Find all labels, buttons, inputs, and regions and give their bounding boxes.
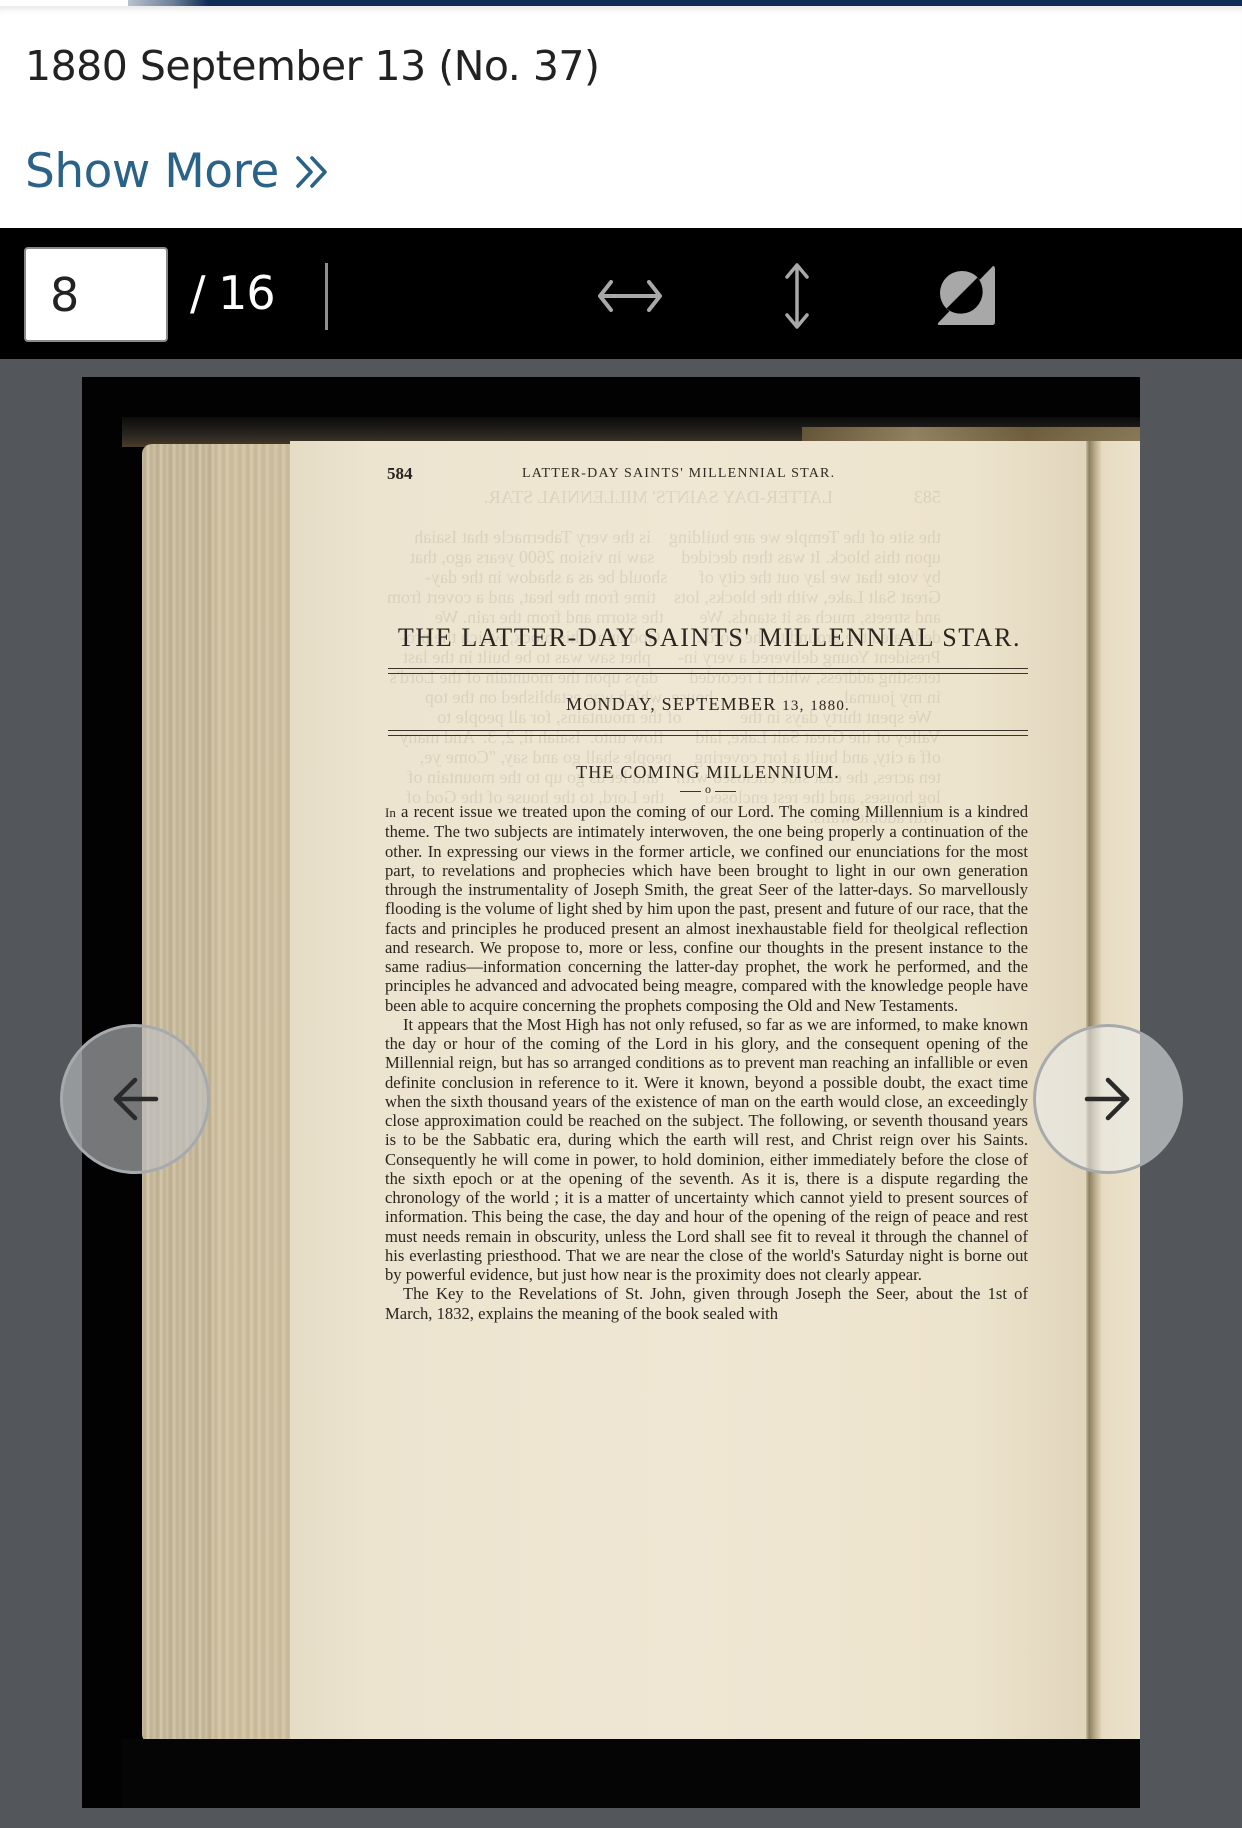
arrow-left-icon: [110, 1074, 160, 1124]
article-paragraph: It appears that the Most High has not on…: [385, 1015, 1028, 1285]
issue-header: 1880 September 13 (No. 37) Show More: [0, 6, 1242, 228]
ornament-glyph: o: [701, 782, 715, 796]
dateline-main: MONDAY, SEPTEMBER: [566, 694, 776, 714]
masthead-rule: [388, 668, 1028, 674]
show-more-label: Show More: [25, 144, 279, 199]
page-total: / 16: [190, 266, 275, 320]
fit-height-button[interactable]: [757, 258, 837, 334]
running-head-title: LATTER-DAY SAINTS' MILLENNIAL STAR.: [522, 466, 835, 482]
dateline-day: 13,: [782, 698, 804, 714]
page-number-print: 584: [387, 464, 413, 484]
dateline-rule: [388, 730, 1028, 736]
dateline-year: 1880.: [810, 698, 850, 714]
article-paragraph: In a recent issue we treated upon the co…: [385, 802, 1028, 1015]
arrow-right-icon: [1083, 1074, 1133, 1124]
running-head: 584 LATTER-DAY SAINTS' MILLENNIAL STAR.: [387, 464, 1027, 484]
viewer-toolbar: / 16: [0, 228, 1242, 359]
double-chevron-right-icon: [295, 155, 329, 189]
paragraph-text: a recent issue we treated upon the comin…: [385, 802, 1028, 1015]
masthead: THE LATTER-DAY SAINTS' MILLENNIAL STAR.: [397, 623, 1022, 653]
article-paragraph: The Key to the Revelations of St. John, …: [385, 1284, 1028, 1323]
vertical-arrows-icon: [779, 261, 815, 331]
toolbar-divider: [325, 263, 328, 330]
page-number-input[interactable]: [24, 247, 168, 342]
previous-page-button[interactable]: [60, 1024, 210, 1174]
dropcap: In: [385, 805, 396, 820]
paragraph-text: It appears that the Most High has not on…: [385, 1015, 1028, 1284]
article-title: THE COMING MILLENNIUM.: [388, 762, 1028, 783]
show-more-link[interactable]: Show More: [25, 144, 329, 199]
article-body: In a recent issue we treated upon the co…: [385, 802, 1028, 1323]
contrast-icon: [934, 264, 998, 328]
ornament-divider: o: [678, 782, 738, 797]
dateline: MONDAY, SEPTEMBER 13, 1880.: [388, 694, 1028, 715]
book-binding-bottom: [122, 1739, 1140, 1808]
fit-width-button[interactable]: [590, 258, 670, 334]
scanned-page-image[interactable]: 583 LATTER-DAY SAINTS' MILLENNIAL STAR. …: [82, 377, 1140, 1808]
horizontal-arrows-icon: [595, 276, 665, 316]
paragraph-text: The Key to the Revelations of St. John, …: [385, 1284, 1028, 1322]
contrast-button[interactable]: [926, 258, 1006, 334]
page-edges-inner: [212, 444, 292, 1744]
issue-title: 1880 September 13 (No. 37): [25, 42, 600, 90]
page-viewer[interactable]: 583 LATTER-DAY SAINTS' MILLENNIAL STAR. …: [0, 359, 1242, 1828]
next-page-button[interactable]: [1033, 1024, 1183, 1174]
